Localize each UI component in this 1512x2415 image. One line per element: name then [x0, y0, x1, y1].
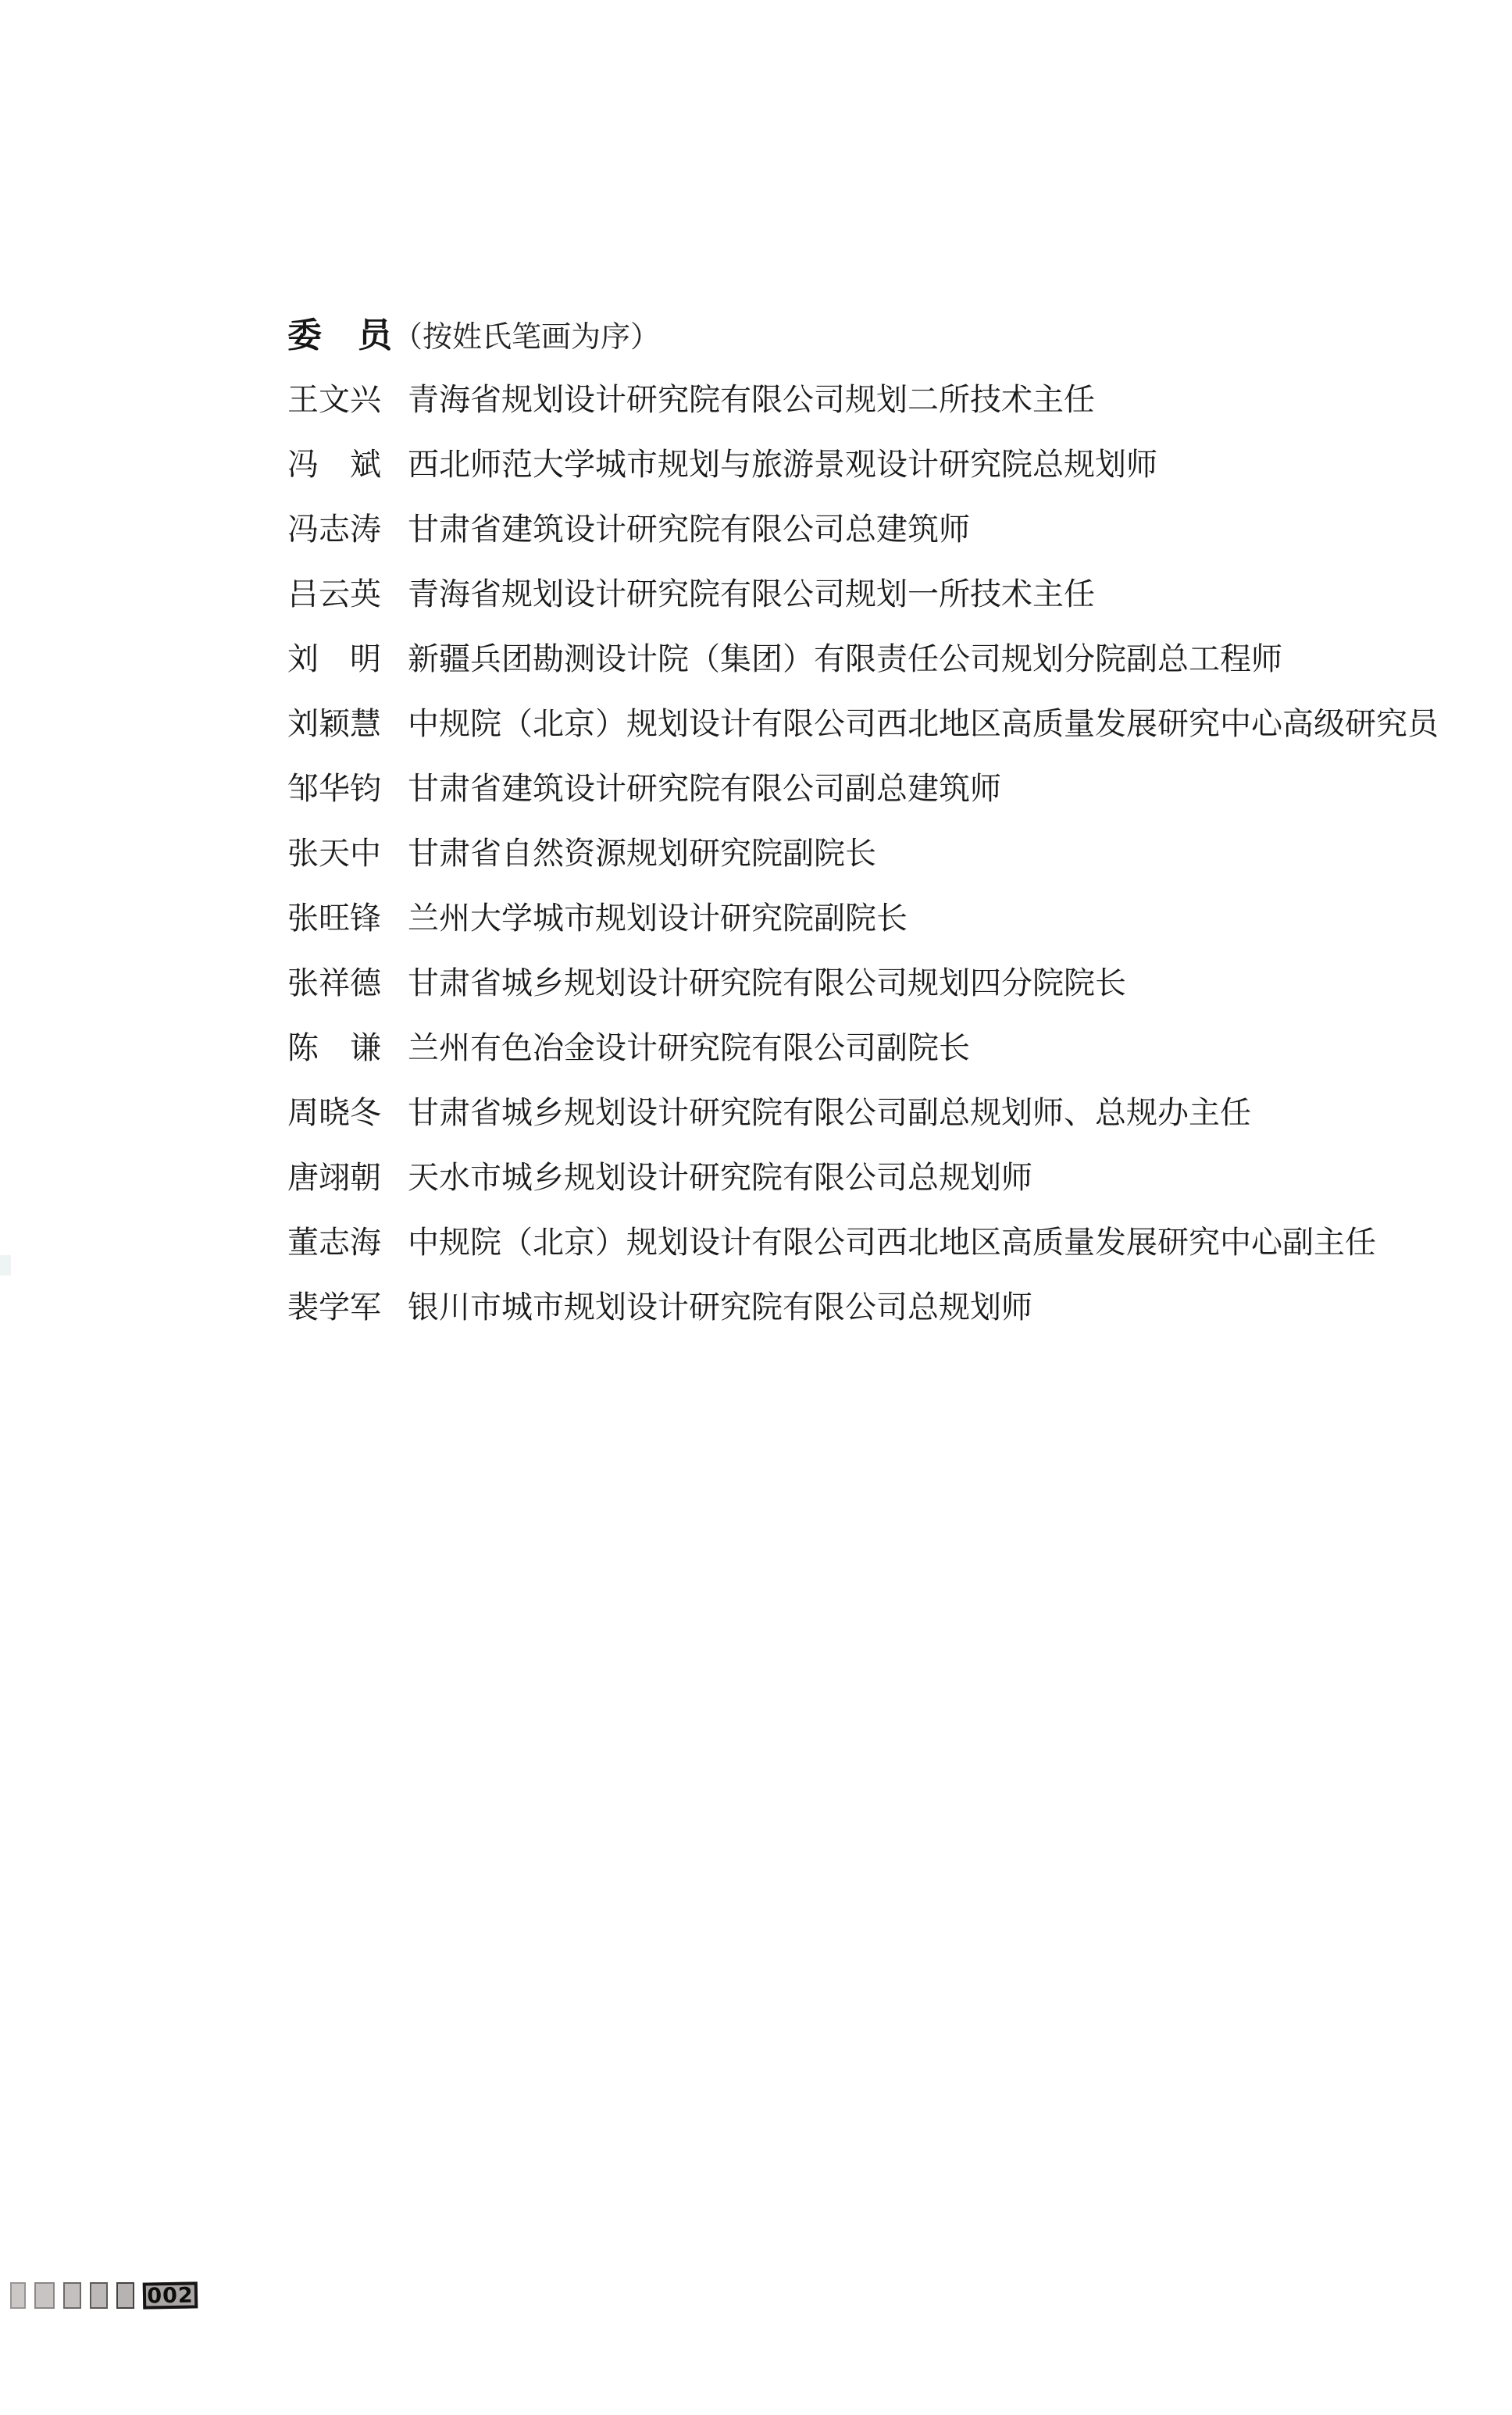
member-name: 吕云英	[287, 577, 383, 612]
member-name: 董志海	[287, 1225, 383, 1260]
member-name: 陈 谦	[287, 1031, 383, 1065]
member-row: 吕云英 青海省规划设计研究院有限公司规划一所技术主任	[287, 577, 1481, 642]
member-title: 甘肃省自然资源规划研究院副院长	[408, 837, 876, 871]
member-title: 中规院（北京）规划设计有限公司西北地区高质量发展研究中心高级研究员	[408, 707, 1439, 741]
member-title: 甘肃省城乡规划设计研究院有限公司规划四分院院长	[408, 966, 1126, 1001]
footer: 002	[10, 2282, 198, 2309]
member-name: 张天中	[287, 837, 383, 871]
member-name: 周晓冬	[287, 1096, 383, 1130]
member-title: 银川市城市规划设计研究院有限公司总规划师	[408, 1290, 1032, 1325]
member-name: 冯 斌	[287, 448, 383, 482]
member-row: 周晓冬 甘肃省城乡规划设计研究院有限公司副总规划师、总规办主任	[287, 1096, 1481, 1161]
member-row: 张天中 甘肃省自然资源规划研究院副院长	[287, 837, 1481, 901]
member-row: 王文兴 青海省规划设计研究院有限公司规划二所技术主任	[287, 383, 1481, 448]
member-row: 裴学军 银川市城市规划设计研究院有限公司总规划师	[287, 1290, 1481, 1355]
member-title: 甘肃省城乡规划设计研究院有限公司副总规划师、总规办主任	[408, 1096, 1251, 1130]
member-title: 兰州有色冶金设计研究院有限公司副院长	[408, 1031, 970, 1065]
member-name: 邹华钧	[287, 772, 383, 806]
member-title: 甘肃省建筑设计研究院有限公司总建筑师	[408, 512, 970, 547]
print-registration-mark	[34, 2282, 55, 2309]
print-registration-mark	[10, 2282, 26, 2309]
member-name: 王文兴	[287, 383, 383, 417]
member-name: 张祥德	[287, 966, 383, 1001]
section-heading-note: （按姓氏笔画为序）	[393, 321, 660, 354]
member-name: 唐翊朝	[287, 1161, 383, 1195]
member-title: 西北师范大学城市规划与旅游景观设计研究院总规划师	[408, 448, 1157, 482]
member-row: 陈 谦 兰州有色冶金设计研究院有限公司副院长	[287, 1031, 1481, 1096]
print-registration-mark	[63, 2282, 81, 2309]
print-registration-mark	[116, 2282, 134, 2309]
member-row: 董志海 中规院（北京）规划设计有限公司西北地区高质量发展研究中心副主任	[287, 1225, 1481, 1290]
member-title: 青海省规划设计研究院有限公司规划一所技术主任	[408, 577, 1095, 612]
page-number: 002	[147, 2285, 194, 2306]
member-title: 甘肃省建筑设计研究院有限公司副总建筑师	[408, 772, 1001, 806]
member-row: 冯 斌 西北师范大学城市规划与旅游景观设计研究院总规划师	[287, 448, 1481, 512]
member-row: 冯志涛 甘肃省建筑设计研究院有限公司总建筑师	[287, 512, 1481, 577]
member-title: 新疆兵团勘测设计院（集团）有限责任公司规划分院副总工程师	[408, 642, 1282, 676]
print-registration-mark	[90, 2282, 108, 2309]
document-page: 委 员（按姓氏笔画为序） 王文兴 青海省规划设计研究院有限公司规划二所技术主任 …	[0, 0, 1512, 2415]
scan-edge-artifact	[0, 1255, 11, 1275]
member-name: 裴学军	[287, 1290, 383, 1325]
page-number-box: 002	[143, 2281, 198, 2309]
member-list: 王文兴 青海省规划设计研究院有限公司规划二所技术主任 冯 斌 西北师范大学城市规…	[287, 383, 1481, 1355]
member-row: 邹华钧 甘肃省建筑设计研究院有限公司副总建筑师	[287, 772, 1481, 837]
member-name: 刘颖慧	[287, 707, 383, 741]
member-title: 兰州大学城市规划设计研究院副院长	[408, 901, 908, 936]
member-name: 刘 明	[287, 642, 383, 676]
member-name: 张旺锋	[287, 901, 383, 936]
section-heading-label: 委 员	[287, 316, 393, 355]
section-heading: 委 员（按姓氏笔画为序）	[287, 319, 1481, 353]
member-row: 张祥德 甘肃省城乡规划设计研究院有限公司规划四分院院长	[287, 966, 1481, 1031]
member-title: 中规院（北京）规划设计有限公司西北地区高质量发展研究中心副主任	[408, 1225, 1376, 1260]
member-row: 刘颖慧 中规院（北京）规划设计有限公司西北地区高质量发展研究中心高级研究员	[287, 707, 1481, 772]
committee-section: 委 员（按姓氏笔画为序） 王文兴 青海省规划设计研究院有限公司规划二所技术主任 …	[287, 319, 1481, 1355]
member-row: 刘 明 新疆兵团勘测设计院（集团）有限责任公司规划分院副总工程师	[287, 642, 1481, 707]
member-row: 张旺锋 兰州大学城市规划设计研究院副院长	[287, 901, 1481, 966]
member-title: 青海省规划设计研究院有限公司规划二所技术主任	[408, 383, 1095, 417]
member-name: 冯志涛	[287, 512, 383, 547]
member-title: 天水市城乡规划设计研究院有限公司总规划师	[408, 1161, 1032, 1195]
member-row: 唐翊朝 天水市城乡规划设计研究院有限公司总规划师	[287, 1161, 1481, 1225]
